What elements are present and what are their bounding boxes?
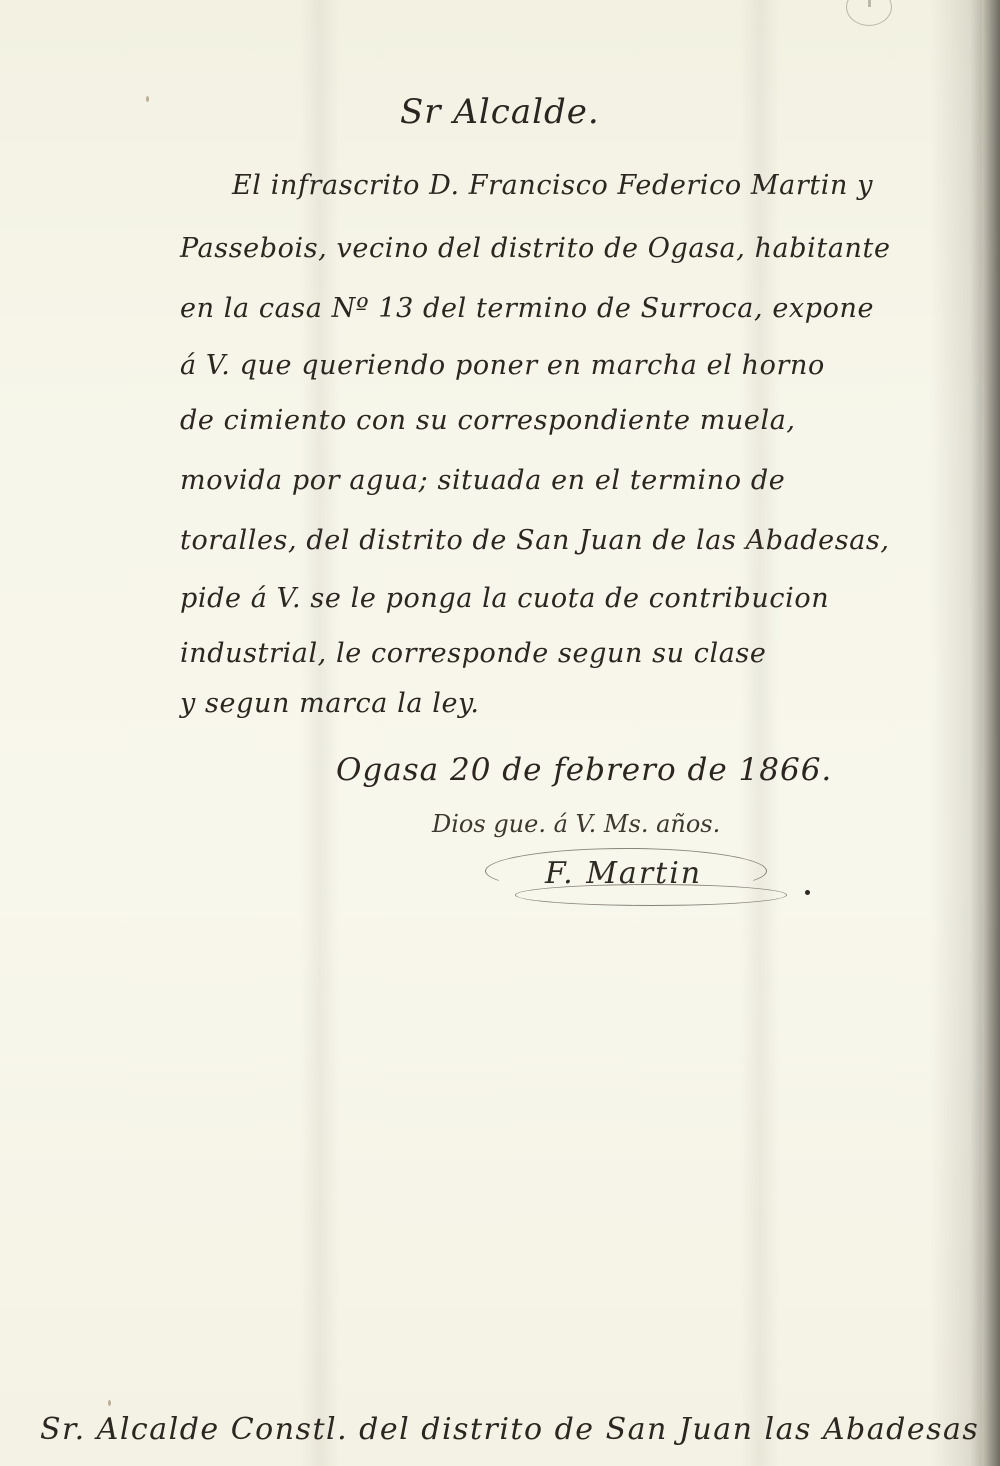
letter-heading: Sr Alcalde. [400, 92, 600, 132]
body-line: Passebois, vecino del distrito de Ogasa,… [180, 233, 891, 264]
body-line: toralles, del distrito de San Juan de la… [180, 525, 890, 556]
signature-dot [805, 890, 810, 895]
signature-block: F. Martin [485, 848, 815, 918]
document-page: Sr Alcalde. El infrascrito D. Francisco … [0, 0, 1000, 1466]
body-line: á V. que queriendo poner en marcha el ho… [180, 350, 825, 381]
body-line: movida por agua; situada en el termino d… [180, 465, 785, 496]
body-line: y segun marca la ley. [180, 688, 480, 719]
paper-fold-shadow [300, 0, 340, 1466]
signature: F. Martin [545, 856, 702, 891]
recipient-address: Sr. Alcalde Constl. del distrito de San … [40, 1412, 979, 1447]
closing-salutation: Dios gue. á V. Ms. años. [432, 810, 720, 838]
body-line: industrial, le corresponde segun su clas… [180, 638, 766, 669]
body-line: El infrascrito D. Francisco Federico Mar… [232, 170, 873, 201]
paper-speck [146, 96, 149, 102]
body-line: en la casa Nº 13 del termino de Surroca,… [180, 293, 874, 324]
body-line: pide á V. se le ponga la cuota de contri… [180, 583, 829, 614]
paper-fold-shadow [740, 0, 780, 1466]
place-date: Ogasa 20 de febrero de 1866. [336, 752, 832, 788]
paper-speck [108, 1400, 111, 1406]
body-line: de cimiento con su correspondiente muela… [180, 405, 796, 436]
torn-paper-edge [982, 0, 1000, 1466]
archive-stamp-icon [846, 0, 892, 26]
